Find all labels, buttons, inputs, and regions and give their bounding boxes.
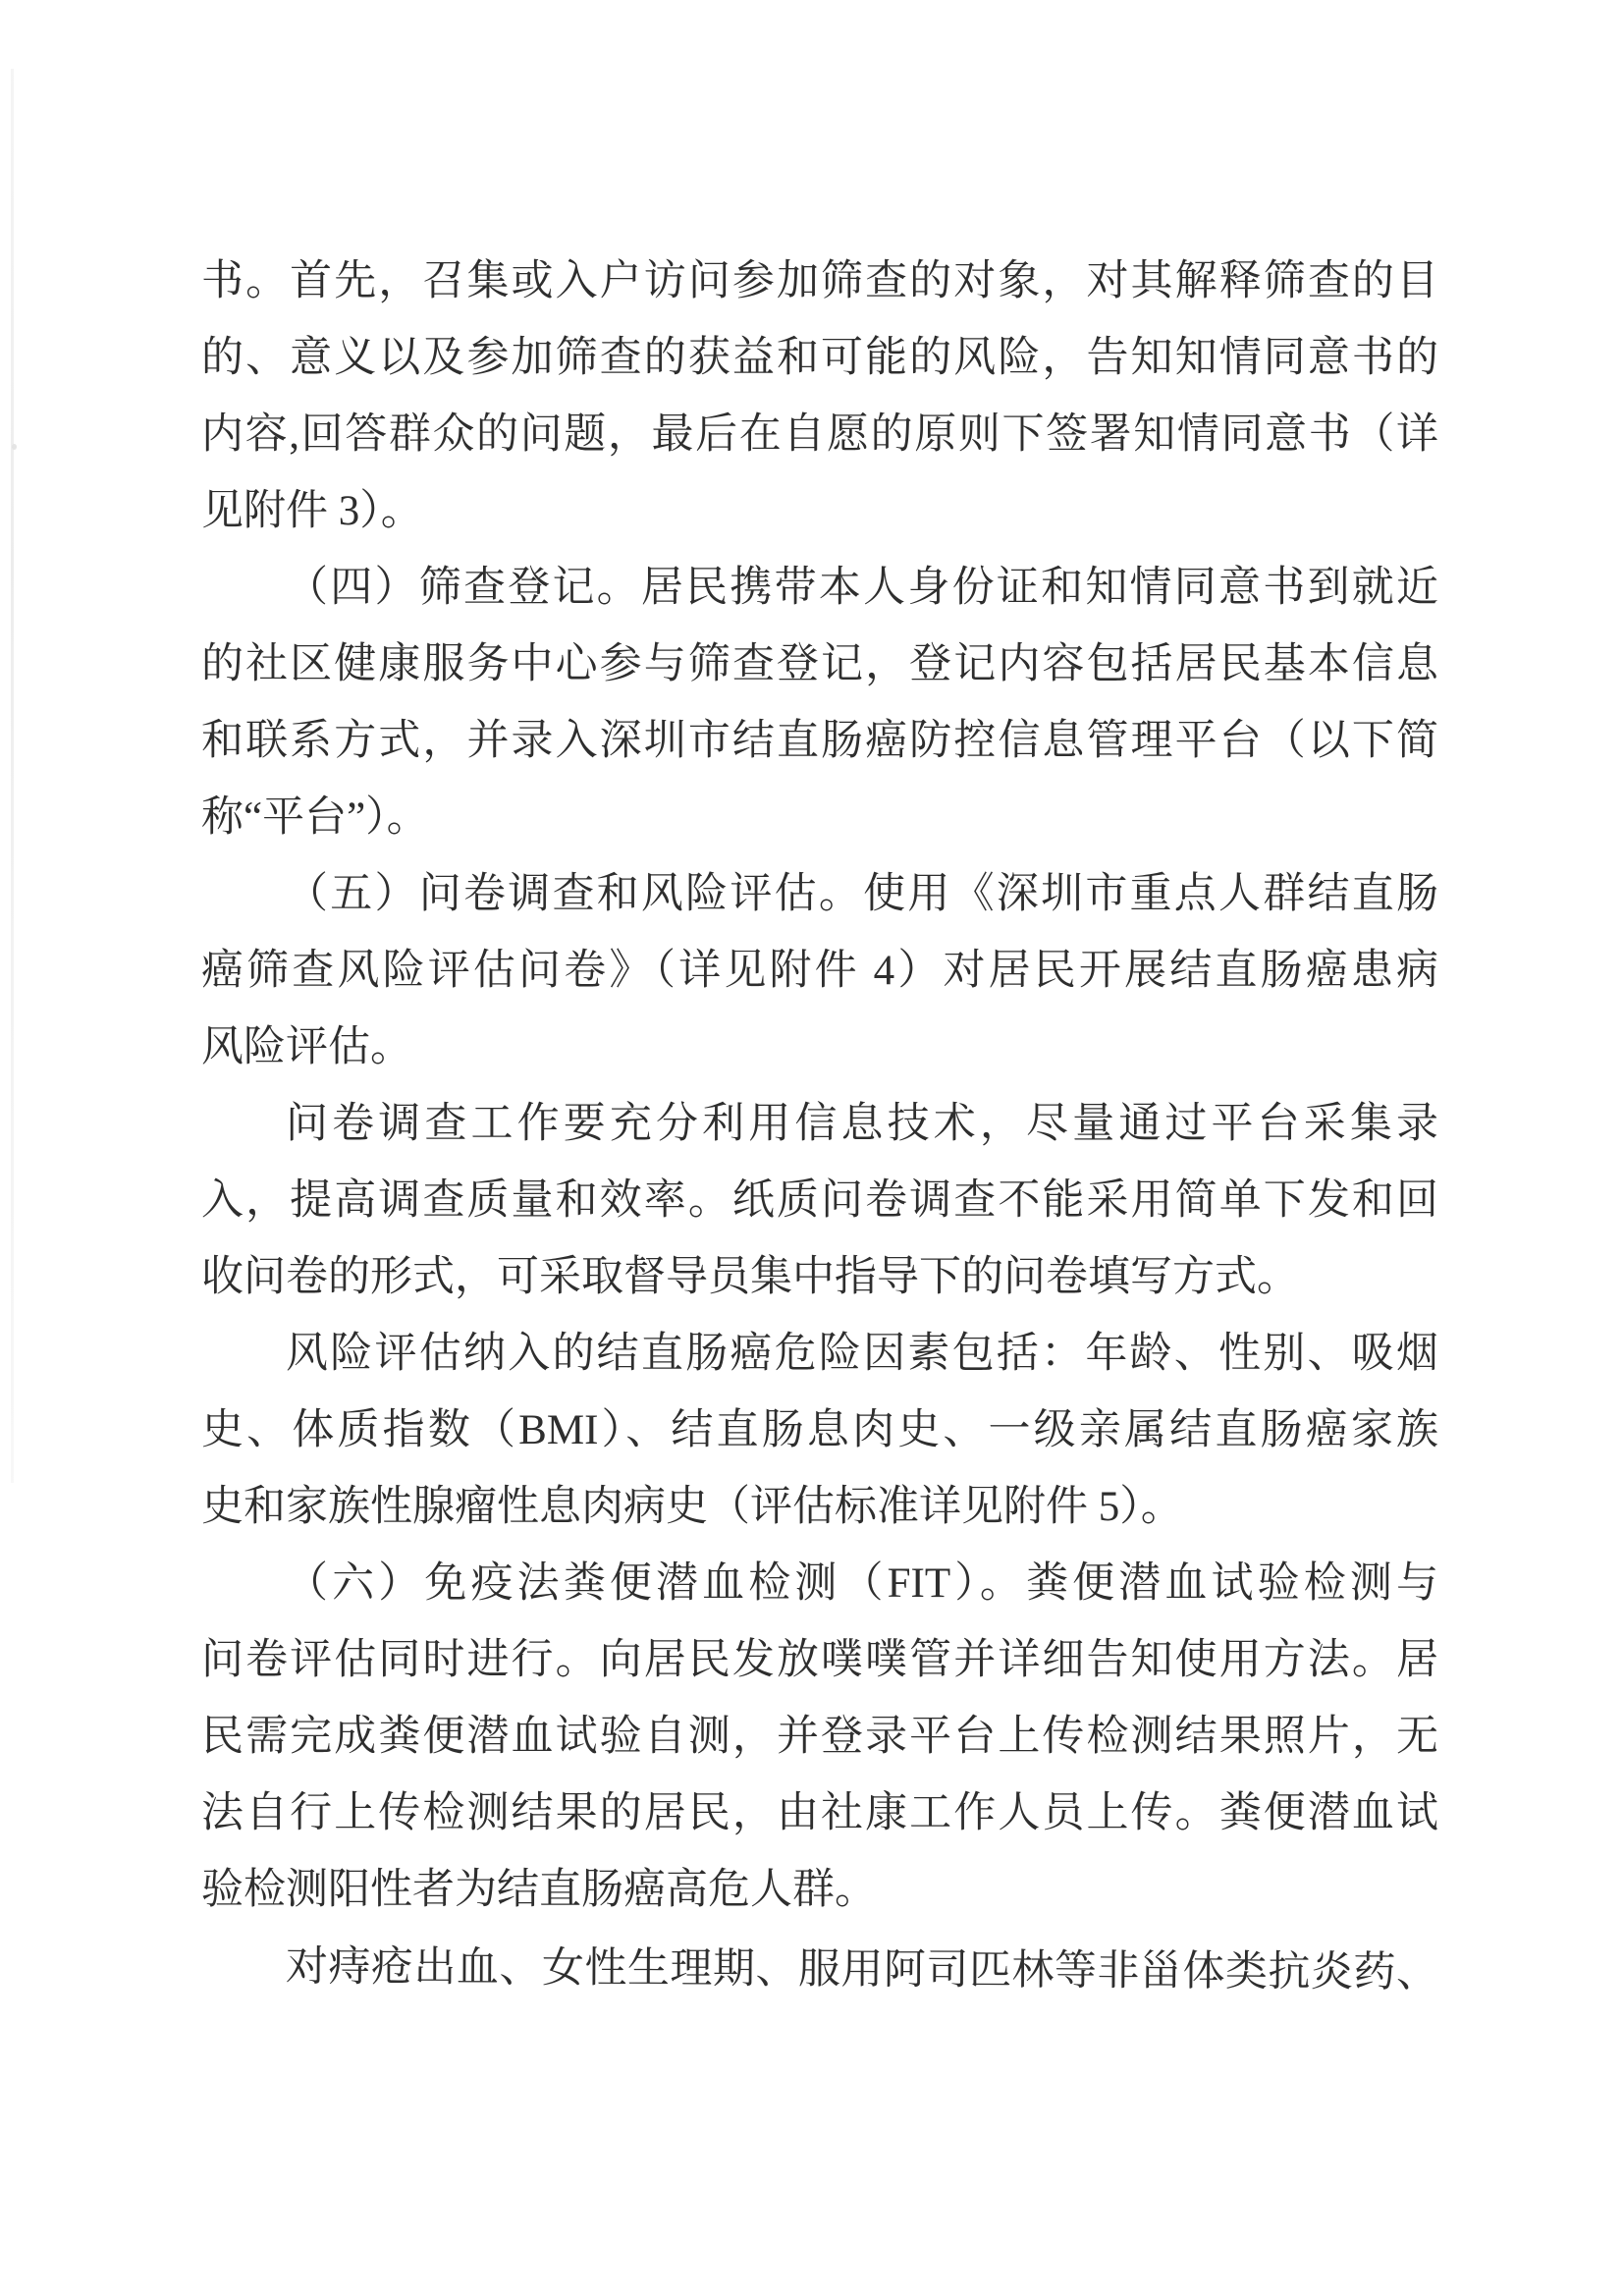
text-line: 风险评估纳入的结直肠癌危险因素包括：年龄、性别、吸烟 xyxy=(201,1316,1438,1393)
text-line: 对痔疮出血、女性生理期、服用阿司匹林等非甾体类抗炎药、 xyxy=(201,1929,1438,2012)
text-line: 问卷评估同时进行。向居民发放噗噗管并详细告知使用方法。居 xyxy=(201,1622,1438,1699)
text-line: 的、意义以及参加筛查的获益和可能的风险，告知知情同意书的 xyxy=(201,320,1438,397)
text-line: 癌筛查风险评估问卷》（详见附件 4）对居民开展结直肠癌患病 xyxy=(201,933,1438,1010)
document-page: 书。首先，召集或入户访问参加筛查的对象，对其解释筛查的目 的、意义以及参加筛查的… xyxy=(0,0,1623,2296)
text-line: 和联系方式，并录入深圳市结直肠癌防控信息管理平台（以下简 xyxy=(201,703,1438,780)
text-line: 内容,回答群众的问题，最后在自愿的原则下签署知情同意书（详 xyxy=(201,397,1438,473)
text-line: 问卷调查工作要充分利用信息技术，尽量通过平台采集录 xyxy=(201,1086,1438,1163)
text-line: 史、体质指数（BMI）、结直肠息肉史、一级亲属结直肠癌家族 xyxy=(201,1393,1438,1469)
text-line: （四）筛查登记。居民携带本人身份证和知情同意书到就近 xyxy=(201,550,1438,627)
text-line: 风险评估。 xyxy=(201,1010,1438,1086)
scan-artifact-dot xyxy=(12,444,17,450)
text-line: 入，提高调查质量和效率。纸质问卷调查不能采用简单下发和回 xyxy=(201,1163,1438,1239)
text-line: 法自行上传检测结果的居民，由社康工作人员上传。粪便潜血试 xyxy=(201,1776,1438,1852)
text-line: 书。首先，召集或入户访问参加筛查的对象，对其解释筛查的目 xyxy=(201,244,1438,320)
text-line: 的社区健康服务中心参与筛查登记，登记内容包括居民基本信息 xyxy=(201,627,1438,703)
text-line: 史和家族性腺瘤性息肉病史（评估标准详见附件 5）。 xyxy=(201,1469,1438,1546)
text-line: 见附件 3）。 xyxy=(201,473,1438,550)
text-line: 验检测阳性者为结直肠癌高危人群。 xyxy=(201,1852,1438,1929)
text-line: （六）免疫法粪便潜血检测（FIT）。粪便潜血试验检测与 xyxy=(201,1546,1438,1622)
document-body: 书。首先，召集或入户访问参加筛查的对象，对其解释筛查的目 的、意义以及参加筛查的… xyxy=(201,244,1438,2005)
text-line: 称“平台”）。 xyxy=(201,780,1438,856)
scan-artifact-streak xyxy=(11,69,14,1483)
text-line: （五）问卷调查和风险评估。使用《深圳市重点人群结直肠 xyxy=(201,856,1438,933)
text-line: 收问卷的形式，可采取督导员集中指导下的问卷填写方式。 xyxy=(201,1239,1438,1316)
text-line: 民需完成粪便潜血试验自测，并登录平台上传检测结果照片，无 xyxy=(201,1699,1438,1776)
